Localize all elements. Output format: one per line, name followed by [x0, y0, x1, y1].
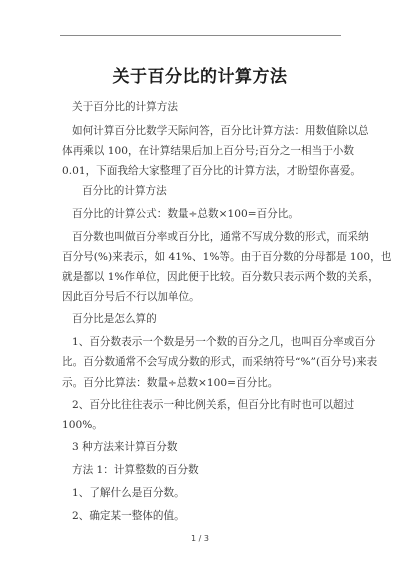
- paragraph-line: 体再乘以 100，在计算结果后加上百分号;百分之一相当于小数: [62, 143, 354, 158]
- section-heading: 百分比是怎么算的: [72, 311, 157, 326]
- paragraph-line: 就是都以 1%作单位，因此便于比较。百分数只表示两个数的关系，: [62, 269, 379, 284]
- subsection-heading: 方法 1：计算整数的百分数: [72, 462, 199, 477]
- paragraph-line: 1、百分数表示一个数是另一个数的百分之几，也叫百分率或百分: [72, 334, 375, 349]
- page-number: 1 / 3: [0, 534, 400, 543]
- subtitle: 关于百分比的计算方法: [72, 99, 178, 114]
- header-rule: [60, 35, 341, 36]
- section-heading: 3 种方法来计算百分数: [72, 439, 177, 454]
- paragraph-line: 百分号(%)来表示，如 41%、1%等。由于百分数的分母都是 100，也: [62, 249, 391, 264]
- list-item: 1、了解什么是百分数。: [72, 485, 185, 500]
- paragraph-line: 示。百分比算法：数量÷总数×100=百分比。: [62, 375, 278, 390]
- paragraph-line: 百分比的计算公式：数量÷总数×100=百分比。: [72, 206, 299, 221]
- paragraph-line: 百分数也叫做百分率或百分比，通常不写成分数的形式，而采纳: [72, 229, 369, 244]
- list-item: 2、确定某一整体的值。: [72, 508, 185, 523]
- paragraph-line: 100%。: [62, 417, 103, 432]
- document-title: 关于百分比的计算方法: [0, 62, 400, 87]
- paragraph-line: 比。百分数通常不会写成分数的形式，而采纳符号“%”(百分号)来表: [62, 354, 377, 369]
- paragraph-line: 如何计算百分比数学天际问答，百分比计算方法：用数值除以总: [72, 123, 369, 138]
- paragraph-line: 因此百分号后不行以加单位。: [62, 289, 200, 304]
- section-heading: 百分比的计算方法: [82, 183, 167, 198]
- paragraph-line: 2、百分比往往表示一种比例关系，但百分比有时也可以超过: [72, 397, 354, 412]
- paragraph-line: 0.01，下面我给大家整理了百分比的计算方法，才盼望你喜爱。: [62, 163, 361, 178]
